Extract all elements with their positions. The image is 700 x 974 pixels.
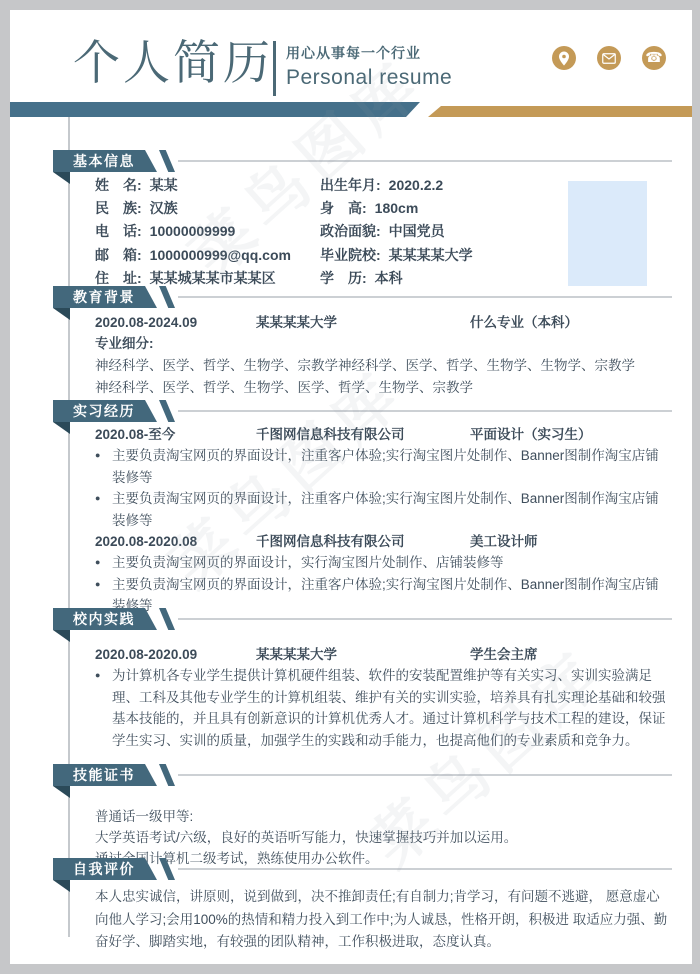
section-ribbon: 实习经历 [53, 400, 157, 422]
duty-bullet: 主要负责淘宝网页的界面设计，注重客户体验;实行淘宝图片处制作、Banner图制作… [95, 445, 668, 488]
entry-date: 2020.08-至今 [95, 424, 256, 445]
major-detail-line: 神经科学、医学、哲学、生物学、宗教学神经科学、医学、哲学、生物学、生物学、宗教学 [95, 355, 668, 377]
ribbon-stripe-icon [159, 764, 175, 786]
left-border-line [68, 117, 70, 937]
tagline-english: Personal resume [286, 63, 452, 93]
info-row-height: 身 高:180cm [320, 197, 570, 220]
duty-bullet: 主要负责淘宝网页的界面设计，实行淘宝图片处制作、店铺装修等 [95, 552, 668, 573]
duty-bullet: 为计算机各专业学生提供计算机硬件组装、软件的安装配置维护等有关实习、实训实验满足… [95, 665, 668, 751]
tagline-chinese: 用心从事每一个行业 [286, 43, 452, 63]
entry-role: 平面设计（实习生） [470, 424, 668, 445]
skill-line: 普通话一级甲等: [95, 806, 668, 827]
campus-entry: 2020.08-2020.09 某某某某大学 学生会主席 [95, 644, 668, 665]
internship-entry: 2020.08-至今 千图网信息科技有限公司 平面设计（实习生） [95, 424, 668, 445]
section-divider-line [178, 618, 672, 620]
major-detail-line: 神经科学、医学、哲学、生物学、医学、哲学、生物学、宗教学 [95, 377, 668, 399]
section-divider-line [178, 160, 672, 162]
entry-organization: 千图网信息科技有限公司 [256, 531, 470, 552]
duty-bullet: 主要负责淘宝网页的界面设计，注重客户体验;实行淘宝图片处制作、Banner图制作… [95, 574, 668, 617]
entry-role: 什么专业（本科） [470, 312, 668, 333]
resume-page: 菜鸟图库 菜鸟图库 菜鸟图库 个人简历 用心从事每一个行业 Personal r… [10, 10, 692, 964]
section-title: 自我评价 [73, 861, 135, 877]
entry-role: 美工设计师 [470, 531, 668, 552]
self-evaluation-paragraph: 本人忠实诚信，讲原则，说到做到，决不推卸责任;有自制力;肯学习，有问题不逃避， … [95, 886, 668, 954]
info-row-email: 邮 箱:1000000999@qq.com [95, 244, 320, 267]
location-icon [552, 46, 576, 70]
contact-icons: ☎ [552, 46, 666, 70]
ribbon-fold [53, 172, 70, 184]
entry-date: 2020.08-2020.09 [95, 644, 256, 665]
info-row-ethnicity: 民 族:汉族 [95, 197, 320, 220]
entry-date: 2020.08-2020.08 [95, 531, 256, 552]
section-divider-line [178, 774, 672, 776]
entry-date: 2020.08-2024.09 [95, 312, 256, 333]
section-ribbon: 技能证书 [53, 764, 157, 786]
header-teal-bar [10, 102, 420, 117]
entry-organization: 千图网信息科技有限公司 [256, 424, 470, 445]
info-row-degree: 学 历:本科 [320, 267, 570, 290]
entry-role: 学生会主席 [470, 644, 668, 665]
section-title: 教育背景 [73, 289, 135, 305]
phone-icon: ☎ [642, 46, 666, 70]
section-ribbon: 教育背景 [53, 286, 157, 308]
section-title: 校内实践 [73, 611, 135, 627]
section-title: 基本信息 [73, 153, 135, 169]
education-entry: 2020.08-2024.09 某某某某大学 什么专业（本科） [95, 312, 668, 333]
entry-organization: 某某某某大学 [256, 644, 470, 665]
info-row-political-status: 政治面貌:中国党员 [320, 220, 570, 243]
photo-placeholder [568, 181, 647, 286]
section-ribbon: 自我评价 [53, 858, 157, 880]
section-title: 技能证书 [73, 767, 135, 783]
info-row-phone: 电 话:10000009999 [95, 220, 320, 243]
tagline-block: 用心从事每一个行业 Personal resume [286, 43, 452, 93]
section-ribbon: 基本信息 [53, 150, 157, 172]
header-gold-bar [428, 106, 692, 117]
info-row-name: 姓 名:某某 [95, 174, 320, 197]
duty-bullet: 主要负责淘宝网页的界面设计，注重客户体验;实行淘宝图片处制作、Banner图制作… [95, 488, 668, 531]
skill-line: 通过全国计算机二级考试，熟练使用办公软件。 [95, 848, 668, 869]
phone-glyph: ☎ [645, 51, 662, 65]
title-divider [273, 41, 276, 96]
section-divider-line [178, 410, 672, 412]
entry-organization: 某某某某大学 [256, 312, 470, 333]
section-divider-line [178, 296, 672, 298]
page-title: 个人简历 [73, 34, 273, 92]
mail-icon [597, 46, 621, 70]
section-divider-line [178, 868, 672, 870]
ribbon-stripe-icon [159, 150, 175, 172]
ribbon-stripe-icon [159, 400, 175, 422]
major-detail-label: 专业细分: [95, 333, 668, 355]
section-title: 实习经历 [73, 403, 135, 419]
internship-entry: 2020.08-2020.08 千图网信息科技有限公司 美工设计师 [95, 531, 668, 552]
info-row-school: 毕业院校:某某某某大学 [320, 244, 570, 267]
skill-line: 大学英语考试/六级，良好的英语听写能力，快速掌握技巧并加以运用。 [95, 827, 668, 848]
section-ribbon: 校内实践 [53, 608, 157, 630]
info-row-birthdate: 出生年月:2020.2.2 [320, 174, 570, 197]
